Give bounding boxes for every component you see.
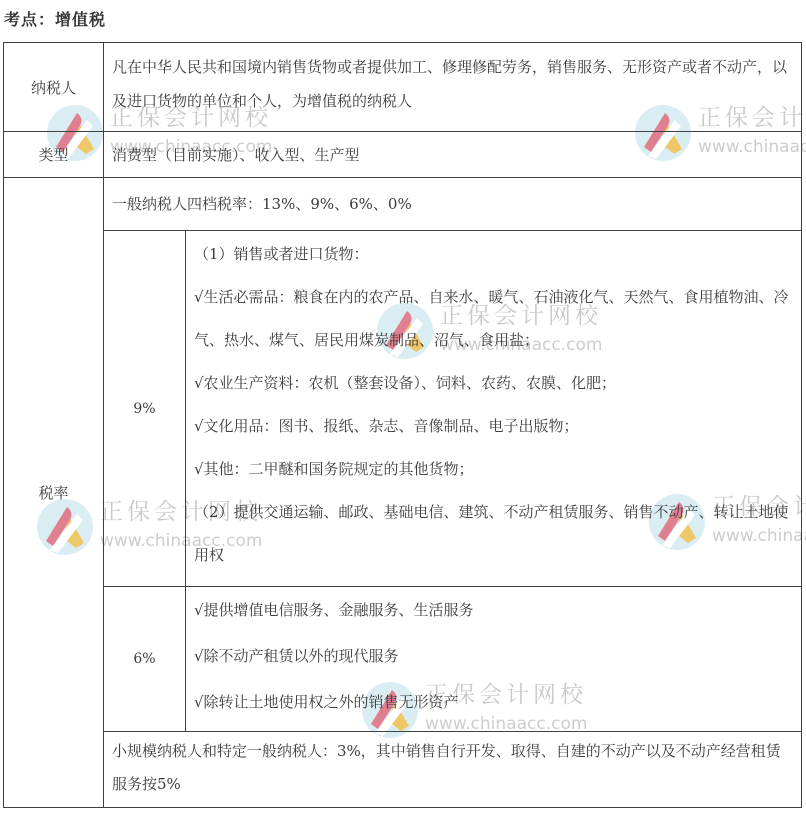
rate-6-item: √提供增值电信服务、金融服务、生活服务 [194, 587, 793, 633]
taxpayer-label-cell: 纳税人 [4, 43, 104, 132]
table-row-small-scale: 小规模纳税人和特定一般纳税人：3%，其中销售自行开发、取得、自建的不动产以及不动… [4, 732, 802, 808]
rate-6-content-cell: √提供增值电信服务、金融服务、生活服务 √除不动产租赁以外的现代服务 √除转让土… [186, 587, 802, 732]
rate-9-label-cell: 9% [104, 231, 186, 587]
table-row-rate-general: 税率 一般纳税人四档税率：13%、9%、6%、0% [4, 178, 802, 231]
vat-table: 纳税人 凡在中华人民共和国境内销售货物或者提供加工、修理修配劳务，销售服务、无形… [3, 42, 802, 808]
page-title: 考点：增值税 [4, 7, 106, 30]
rate-6-item: √除不动产租赁以外的现代服务 [194, 633, 793, 679]
taxpayer-content-cell: 凡在中华人民共和国境内销售货物或者提供加工、修理修配劳务，销售服务、无形资产或者… [104, 43, 802, 132]
table-row-type: 类型 消费型（目前实施）、收入型、生产型 [4, 132, 802, 178]
table-row-taxpayer: 纳税人 凡在中华人民共和国境内销售货物或者提供加工、修理修配劳务，销售服务、无形… [4, 43, 802, 132]
table-row-rate-9: 9% （1）销售或者进口货物： √生活必需品：粮食在内的农产品、自来水、暖气、石… [4, 231, 802, 587]
type-content-cell: 消费型（目前实施）、收入型、生产型 [104, 132, 802, 178]
rate-9-item: √文化用品：图书、报纸、杂志、音像制品、电子出版物； [194, 405, 793, 448]
rate-9-item: √生活必需品：粮食在内的农产品、自来水、暖气、石油液化气、天然气、食用植物油、冷… [194, 276, 793, 362]
rate-9-item: （1）销售或者进口货物： [194, 233, 793, 276]
rate-6-label-cell: 6% [104, 587, 186, 732]
type-label-cell: 类型 [4, 132, 104, 178]
rate-9-item: （2）提供交通运输、邮政、基础电信、建筑、不动产租赁服务、销售不动产、转让土地使… [194, 491, 793, 577]
rate-9-content-cell: （1）销售或者进口货物： √生活必需品：粮食在内的农产品、自来水、暖气、石油液化… [186, 231, 802, 587]
rate-9-item: √农业生产资料：农机（整套设备）、饲料、农药、农膜、化肥； [194, 362, 793, 405]
rate-label-cell: 税率 [4, 178, 104, 808]
rate-6-item: √除转让土地使用权之外的销售无形资产 [194, 679, 793, 725]
document-page: 正保会计网校 www.chinaacc.com 正保会计网校 www.china… [0, 0, 806, 817]
rate-9-item: √其他：二甲醚和国务院规定的其他货物； [194, 448, 793, 491]
small-scale-cell: 小规模纳税人和特定一般纳税人：3%，其中销售自行开发、取得、自建的不动产以及不动… [104, 732, 802, 808]
table-row-rate-6: 6% √提供增值电信服务、金融服务、生活服务 √除不动产租赁以外的现代服务 √除… [4, 587, 802, 732]
rate-general-cell: 一般纳税人四档税率：13%、9%、6%、0% [104, 178, 802, 231]
